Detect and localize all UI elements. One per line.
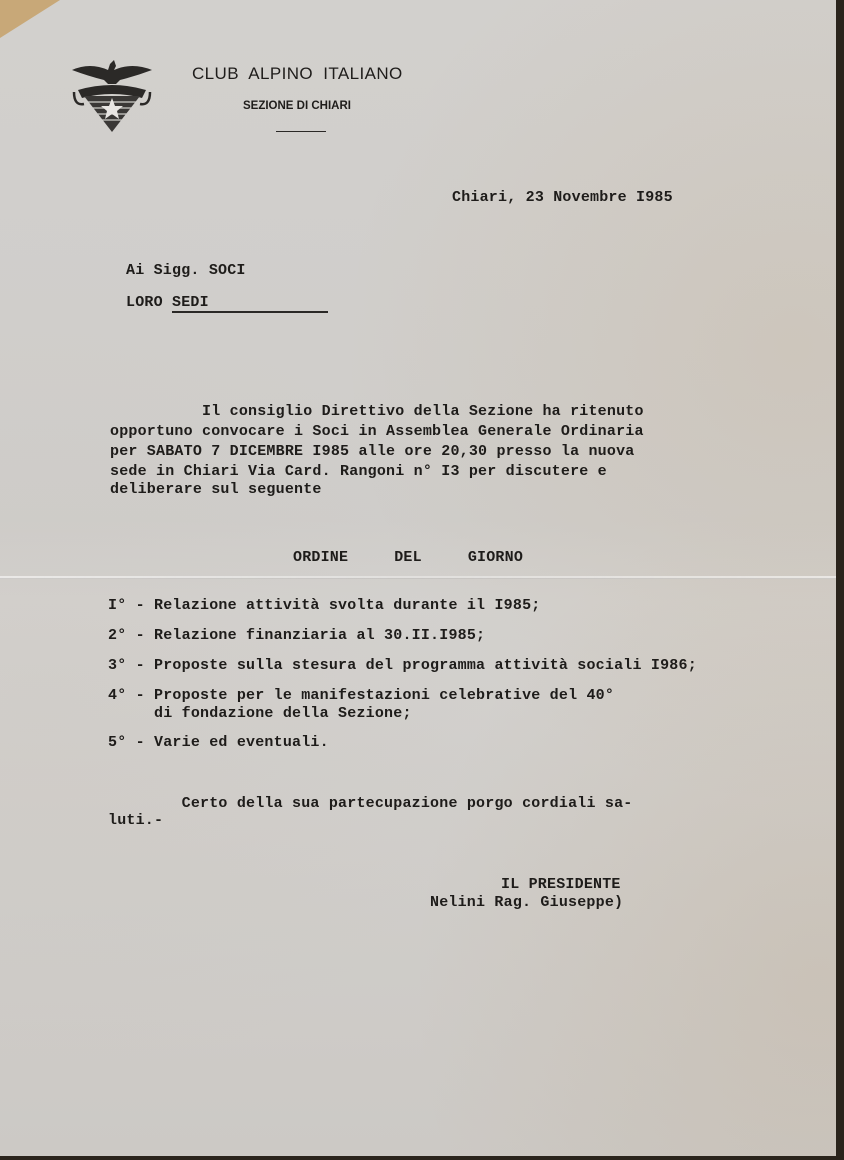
paper-fold-crease: [0, 576, 836, 579]
section-name: SEZIONE DI CHIARI: [243, 100, 351, 112]
recipient-line-1: Ai Sigg. SOCI: [126, 262, 246, 279]
letterhead-rule: [276, 131, 326, 132]
signature-title: IL PRESIDENTE: [501, 876, 621, 893]
body-line: opportuno convocare i Soci in Assemblea …: [110, 423, 644, 440]
signature-name: Nelini Rag. Giuseppe): [430, 894, 623, 911]
body-line: deliberare sul seguente: [110, 481, 322, 498]
body-line: Il consiglio Direttivo della Sezione ha …: [110, 403, 644, 420]
agenda-item: 3° - Proposte sulla stesura del programm…: [108, 657, 697, 674]
cai-eagle-shield-icon: [70, 58, 154, 134]
agenda-item: 4° - Proposte per le manifestazioni cele…: [108, 687, 614, 704]
closing-line-1: Certo della sua partecupazione porgo cor…: [108, 795, 632, 812]
recipient-underline: [172, 311, 328, 313]
agenda-item: 2° - Relazione finanziaria al 30.II.I985…: [108, 627, 485, 644]
agenda-title: ORDINE DEL GIORNO: [293, 549, 523, 566]
date-line: Chiari, 23 Novembre I985: [452, 189, 673, 206]
recipient-line-2: LORO SEDI: [126, 294, 209, 311]
organization-name: CLUB ALPINO ITALIANO: [192, 64, 403, 84]
agenda-item: I° - Relazione attività svolta durante i…: [108, 597, 540, 614]
letter-page: CLUB ALPINO ITALIANO SEZIONE DI CHIARI C…: [0, 0, 836, 1156]
closing-line-2: luti.-: [108, 812, 163, 829]
body-line: per SABATO 7 DICEMBRE I985 alle ore 20,3…: [110, 443, 634, 460]
folded-corner: [0, 0, 60, 38]
agenda-item: 5° - Varie ed eventuali.: [108, 734, 329, 751]
agenda-item: di fondazione della Sezione;: [108, 705, 412, 722]
body-line: sede in Chiari Via Card. Rangoni n° I3 p…: [110, 463, 607, 480]
